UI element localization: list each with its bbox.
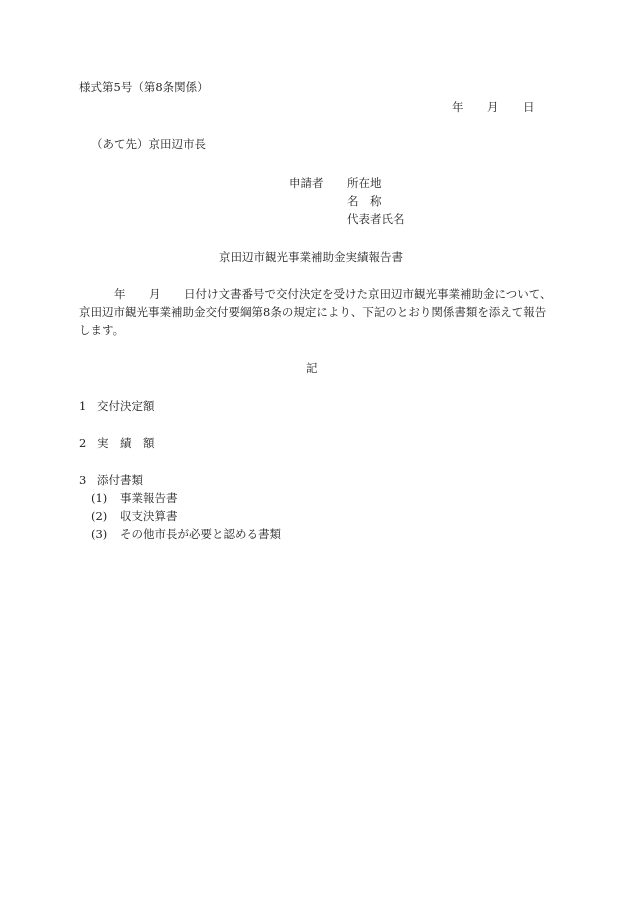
body-line-2: 京田辺市観光事業補助金交付要綱第8条の規定により、下記のとおり関係書類を添えて報… [79, 304, 546, 320]
item-2-number: 2 [79, 435, 86, 451]
attachment-1-label: 事業報告書 [120, 490, 178, 506]
attachment-2-label: 収支決算書 [120, 508, 178, 524]
item-1-number: 1 [79, 398, 86, 414]
body-line-3: します。 [79, 322, 124, 338]
ki-heading: 記 [306, 360, 318, 376]
applicant-address-label: 所在地 [347, 175, 382, 191]
attachment-3-label: その他市長が必要と認める書類 [120, 526, 281, 542]
date-month-label: 月 [487, 99, 499, 115]
body-line-1: 日付け文書番号で交付決定を受けた京田辺市観光事業補助金について、 [184, 286, 552, 302]
item-2-label: 実 績 額 [97, 435, 155, 451]
item-3-number: 3 [79, 472, 86, 488]
item-3-label: 添付書類 [97, 472, 143, 488]
applicant-label: 申請者 [289, 175, 324, 191]
attachment-2-number: (2) [91, 508, 107, 524]
body-month-label: 月 [149, 286, 161, 302]
date-year-label: 年 [452, 99, 464, 115]
document-title: 京田辺市観光事業補助金実績報告書 [219, 249, 403, 265]
attachment-1-number: (1) [91, 490, 107, 506]
attachment-3-number: (3) [91, 526, 107, 542]
form-number: 様式第5号（第8条関係） [79, 79, 209, 95]
item-1-label: 交付決定額 [97, 398, 155, 414]
body-year-label: 年 [114, 286, 126, 302]
applicant-name-label: 名 称 [347, 193, 382, 209]
addressee: （あて先）京田辺市長 [91, 136, 206, 152]
date-day-label: 日 [523, 99, 535, 115]
applicant-representative-label: 代表者氏名 [347, 211, 405, 227]
